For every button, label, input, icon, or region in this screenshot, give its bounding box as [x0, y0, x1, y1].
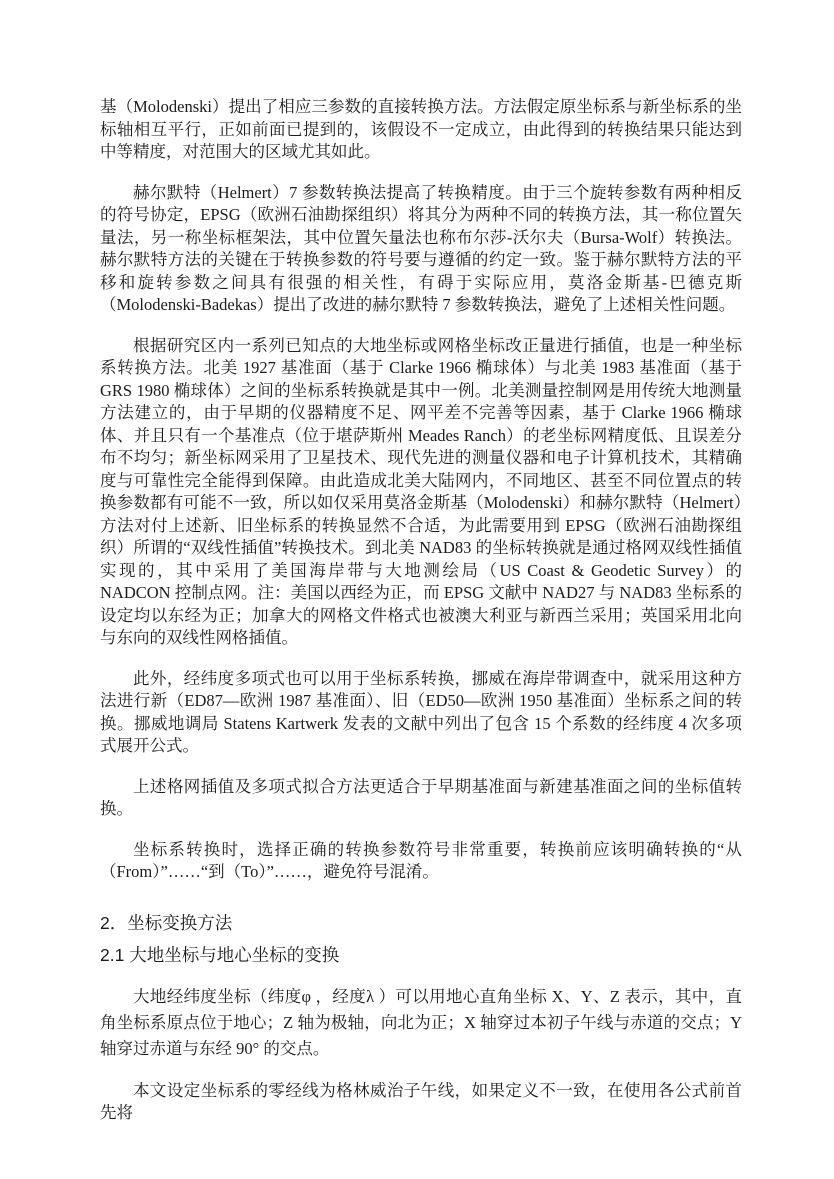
paragraph-polynomial-norway: 此外，经纬度多项式也可以用于坐标系转换，挪威在海岸带调查中，就采用这种方法进行新…	[100, 668, 742, 758]
paragraph-geodetic-geocentric-coordinates: 大地经纬度坐标（纬度φ ，经度λ ）可以用地心直角坐标 X、Y、Z 表示，其中，…	[100, 984, 742, 1062]
text-column: 基（Molodenski）提出了相应三参数的直接转换方法。方法假定原坐标系与新坐…	[100, 96, 742, 1143]
section-heading: 2．坐标变换方法	[100, 912, 742, 934]
paragraph-prime-meridian-note: 本文设定坐标系的零经线为格林威治子午线，如果定义不一致，在使用各公式前首先将	[100, 1080, 742, 1125]
paragraph-molodenski-continuation: 基（Molodenski）提出了相应三参数的直接转换方法。方法假定原坐标系与新坐…	[100, 96, 742, 164]
paragraph-sign-convention: 坐标系转换时，选择正确的转换参数符号非常重要，转换前应该明确转换的“从（From…	[100, 839, 742, 884]
paragraph-method-suitability: 上述格网插值及多项式拟合方法更适合于早期基准面与新建基准面之间的坐标值转换。	[100, 776, 742, 821]
paragraph-helmert-seven-parameter: 赫尔默特（Helmert）7 参数转换法提高了转换精度。由于三个旋转参数有两种相…	[100, 182, 742, 317]
subsection-heading: 2.1 大地坐标与地心坐标的变换	[100, 944, 742, 966]
document-page: 基（Molodenski）提出了相应三参数的直接转换方法。方法假定原坐标系与新坐…	[0, 0, 834, 1179]
paragraph-grid-interpolation-nad: 根据研究区内一系列已知点的大地坐标或网格坐标改正量进行插值，也是一种坐标系转换方…	[100, 335, 742, 650]
